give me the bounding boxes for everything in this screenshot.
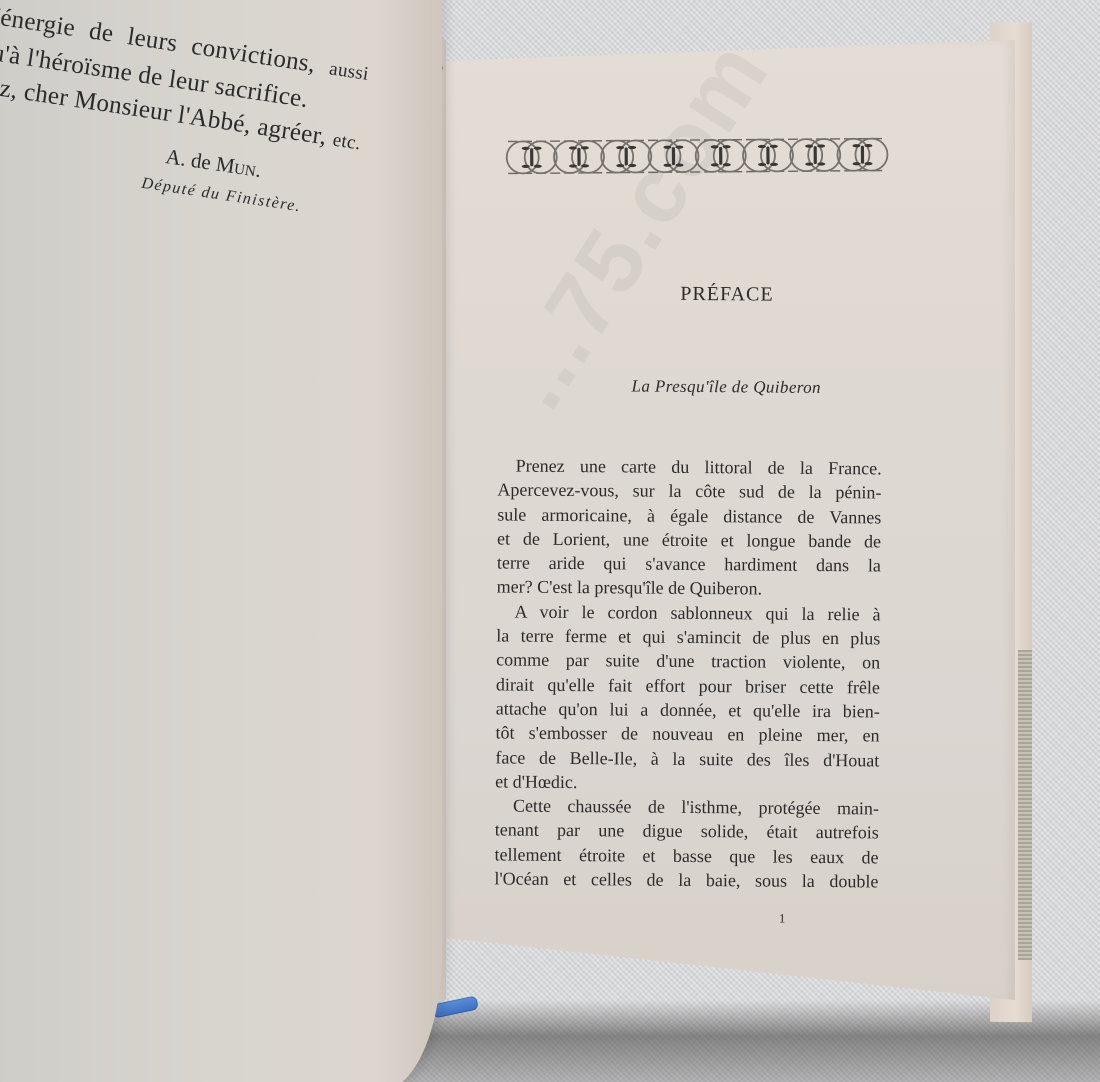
text-line: tenant par une digue solide, était autre… [495,818,879,845]
ornament-band-icon [504,132,890,179]
text-line: attache qu'on lui a donnée, et qu'elle i… [496,696,880,723]
text-line: l'Océan et celles de la baie, sous la do… [494,866,878,893]
right-page: ...75.com PRÉFACE La Presqu'île de Quibe… [443,40,1015,1000]
text-line: la terre ferme et qui s'amincit de plus … [496,624,880,651]
text-line: tellement étroite et basse que les eaux … [495,842,879,869]
text-line: sule armoricaine, à égale distance de Va… [497,502,881,529]
page-number: 1 [436,908,1008,928]
text-line: Apercevez-vous, sur la côte sud de la pé… [497,478,881,505]
signature: A. de Mun. [164,144,263,183]
text-line: tôt s'embosser de nouveau en pleine mer,… [495,721,879,748]
text-line: et de Lorient, une étroite et longue ban… [497,526,881,553]
text-line: face de Belle-Ile, à la suite des îles d… [495,745,879,772]
watermark: ...75.com [480,23,790,427]
text-line: A voir le cordon sablonneux qui la relie… [496,599,880,626]
text-line: Cette chaussée de l'isthme, protégée mai… [495,794,879,821]
text-line: et d'Hœdic. [495,769,879,796]
body-text: Prenez une carte du littoral de la Franc… [494,453,881,893]
text-line: mer? C'est la presqu'île de Quiberon. [497,575,881,602]
text-line: comme par suite d'une traction violente,… [496,648,880,675]
left-page: l'énergie de leurs convictions, aussi qu… [0,0,442,1082]
cloth-binding-edge [1018,650,1032,960]
text-line: Prenez une carte du littoral de la Franc… [498,453,882,480]
text-line: dirait qu'elle fait effort pour briser c… [496,672,880,699]
text-line: terre aride qui s'avance hardiment dans … [497,551,881,578]
signatory-title: Député du Finistère. [140,175,302,217]
page-heading: PRÉFACE [441,281,1013,308]
